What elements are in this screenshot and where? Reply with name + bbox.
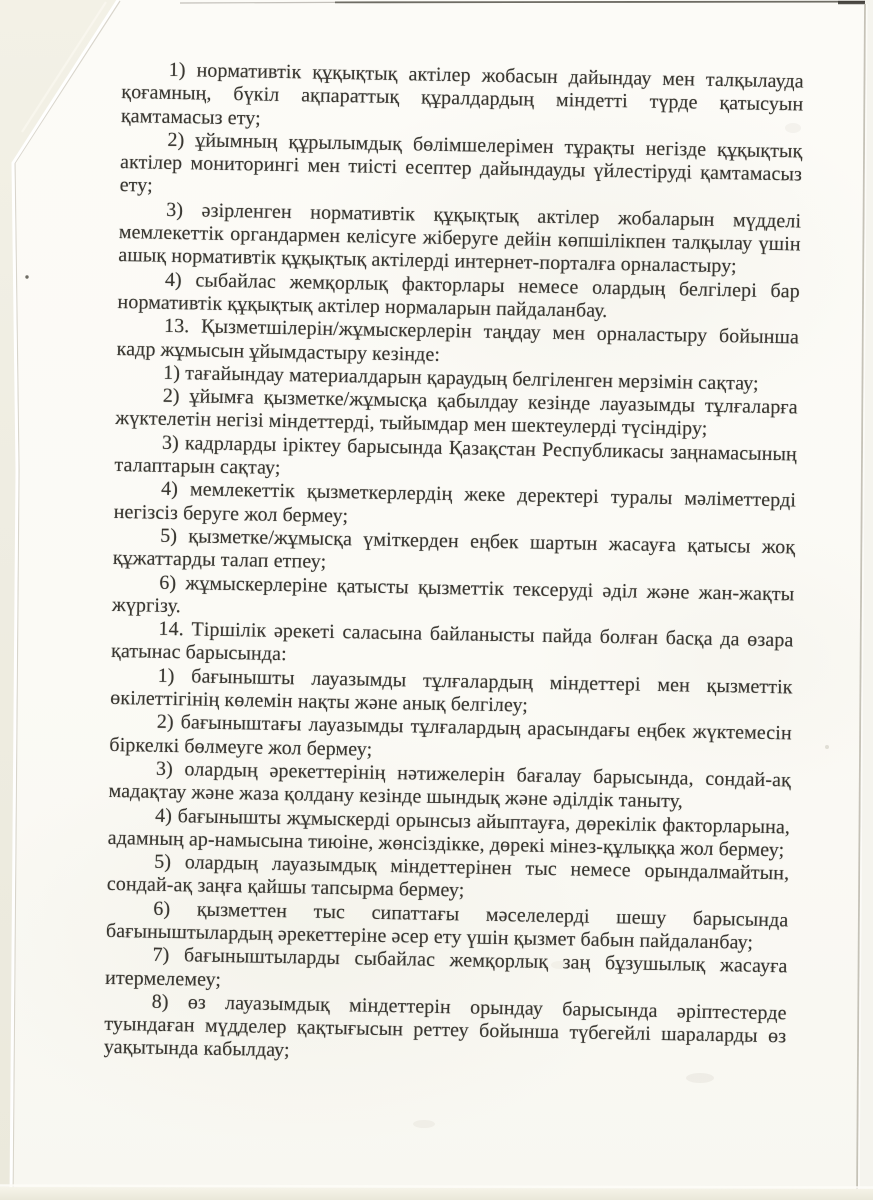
ink-speck: [825, 745, 829, 749]
page-bottom-strip: [0, 1187, 873, 1200]
scanner-edge-line: [335, 2, 873, 3]
fold-second-sheet-edge: [22, 2, 106, 132]
page-right-margin-strip: [857, 0, 873, 1200]
scan-smudge: [686, 1073, 714, 1083]
paragraph: 3) әзірленген нормативтік құқықтық актіл…: [118, 198, 801, 280]
page-fold-corner-edge: [11, 0, 118, 1198]
scan-smudge: [413, 1120, 435, 1128]
paragraph: 8) өз лауазымдық міндеттерін орындау бар…: [104, 990, 787, 1072]
page-bottom-edge-highlight: [0, 1186, 873, 1188]
paragraph: 1) нормативтік құқықтық актілер жобасын …: [121, 58, 804, 140]
document-body: 1) нормативтік құқықтық актілер жобасын …: [104, 58, 804, 1072]
page-right-edge-line: [857, 4, 865, 1200]
ink-speck: [25, 275, 28, 278]
page-right-edge-highlight: [859, 4, 867, 1200]
fold-background: [0, 0, 118, 1200]
scanned-document-page: 1) нормативтік құқықтық актілер жобасын …: [0, 0, 873, 1200]
scanner-edge-line-faint: [180, 2, 335, 3]
paragraph: 2) ұйымның құрылымдық бөлімшелерімен тұр…: [119, 128, 802, 210]
